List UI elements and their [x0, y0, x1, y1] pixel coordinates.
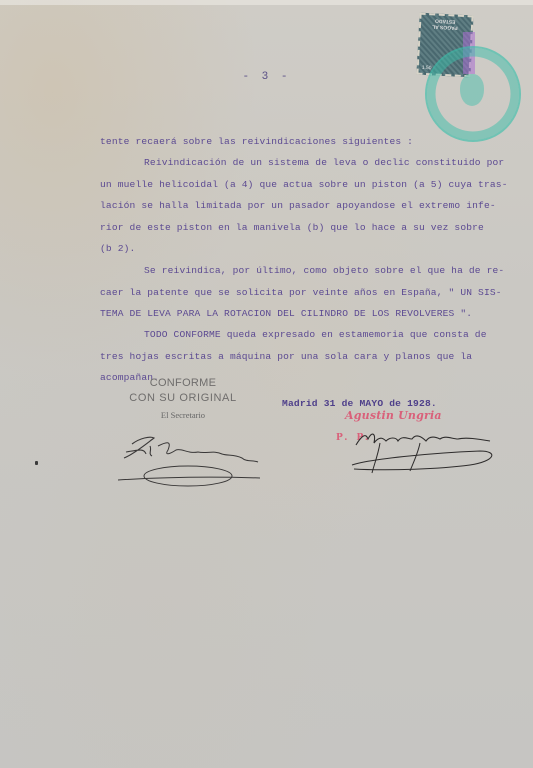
agent-signature	[350, 425, 500, 477]
text-line: (b 2).	[100, 238, 530, 260]
text-line: caer la patente que se solicita por vein…	[100, 282, 530, 304]
conforme-original-line: CON SU ORIGINAL	[128, 391, 238, 406]
date-line: Madrid 31 de MAYO de 1928.	[282, 398, 437, 409]
paragraph-2: Reivindicación de un sistema de leva o d…	[100, 152, 530, 260]
text-line: lación se halla limitada por un pasador …	[100, 195, 530, 217]
paragraph-1: tente recaerá sobre las reivindicaciones…	[100, 131, 530, 153]
page-number: - 3 -	[0, 71, 533, 83]
text-line: tres hojas escritas a máquina por una so…	[100, 346, 530, 368]
text-line: TEMA DE LEVA PARA LA ROTACION DEL CILIND…	[100, 303, 530, 325]
text-line: un muelle helicoidal (a 4) que actua sob…	[100, 174, 530, 196]
text-line: TODO CONFORME queda expresado en estamem…	[100, 324, 530, 346]
text-line: rior de este piston en la manivela (b) q…	[100, 217, 530, 239]
document-page: PAGOS AL ESTADO 1.50 - 3 - tente recaerá…	[0, 0, 533, 768]
official-round-seal	[425, 46, 521, 142]
text-line: Reivindicación de un sistema de leva o d…	[100, 152, 530, 174]
agent-name-stamp: Agustin Ungria	[345, 409, 442, 422]
secretary-label: El Secretario	[128, 408, 238, 422]
fiscal-stamp-label: PAGOS AL ESTADO	[425, 17, 466, 31]
binding-hole-mark	[35, 461, 38, 465]
page-top-edge	[0, 0, 533, 5]
text-line: tente recaerá sobre las reivindicaciones…	[100, 131, 530, 153]
secretary-signature	[110, 432, 270, 490]
conforme-stamp: CONFORME CON SU ORIGINAL El Secretario	[128, 376, 238, 422]
conforme-line: CONFORME	[128, 376, 238, 391]
paragraph-3: Se reivindica, por último, como objeto s…	[100, 260, 530, 325]
text-line: Se reivindica, por último, como objeto s…	[100, 260, 530, 282]
